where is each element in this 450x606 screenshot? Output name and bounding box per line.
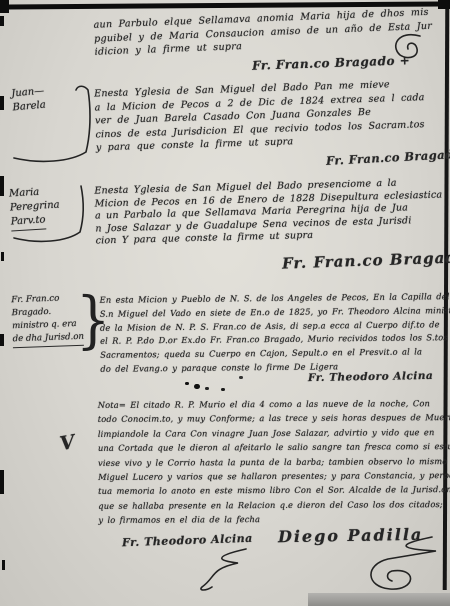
ink-speck-marks — [185, 382, 189, 385]
photo-edge-mark — [1, 252, 4, 261]
brace-icon — [8, 184, 98, 246]
margin-note-fr-bragado: Fr. Fran.co Bragado. ministro q. era de … — [11, 292, 84, 348]
flourish-icon — [388, 30, 430, 64]
signature-bragado-flourished: Fr. Fran.co Bragado + — [282, 247, 450, 272]
record-line: que se hallaba presente en la Relacion q… — [98, 497, 445, 513]
photo-edge-mark — [0, 470, 4, 494]
brace-icon — [8, 84, 100, 166]
entry-juan-barela-text: Enesta Yglesia de San Miguel del Bado Pa… — [94, 77, 444, 155]
photo-edge-mark — [0, 176, 4, 196]
nota-paragraph: Nota= El citado R. P. Murio el dia 4 com… — [98, 396, 446, 527]
photo-edge-mark — [0, 334, 4, 346]
signature-alcina: Fr. Theodoro Alcina — [308, 370, 433, 384]
entry-maria-peregrina-text: Enesta Yglesia de San Miguel del Bado pr… — [94, 176, 444, 248]
margin-line: de dha Jurisd.on — [12, 331, 84, 348]
record-line: tua memoria lo anoto en este mismo libro… — [98, 483, 445, 499]
margin-check-mark: V — [58, 431, 76, 455]
entry-bragado-burial-text: En esta Micion y Pueblo de N. S. de los … — [100, 290, 443, 376]
photo-frame-corner-mark — [0, 0, 9, 13]
signature-bragado: Fr. Fran.co Bragado + — [326, 146, 450, 168]
record-line: todo Conocim.to, y muy Conforme; a las t… — [98, 410, 445, 426]
manuscript-photo: aun Parbulo elque Sellamava anomia Maria… — [0, 0, 450, 606]
photo-edge-mark — [0, 96, 4, 110]
rubric-flourish-icon — [188, 545, 258, 593]
rubric-flourish-icon — [356, 533, 446, 595]
signature-bragado: Fr. Fran.co Bragado + — [252, 53, 411, 73]
photo-edge-mark — [0, 16, 4, 26]
record-line: una Cortada que le dieron al afeitarlo l… — [98, 439, 445, 455]
photo-edge-mark — [2, 560, 5, 570]
